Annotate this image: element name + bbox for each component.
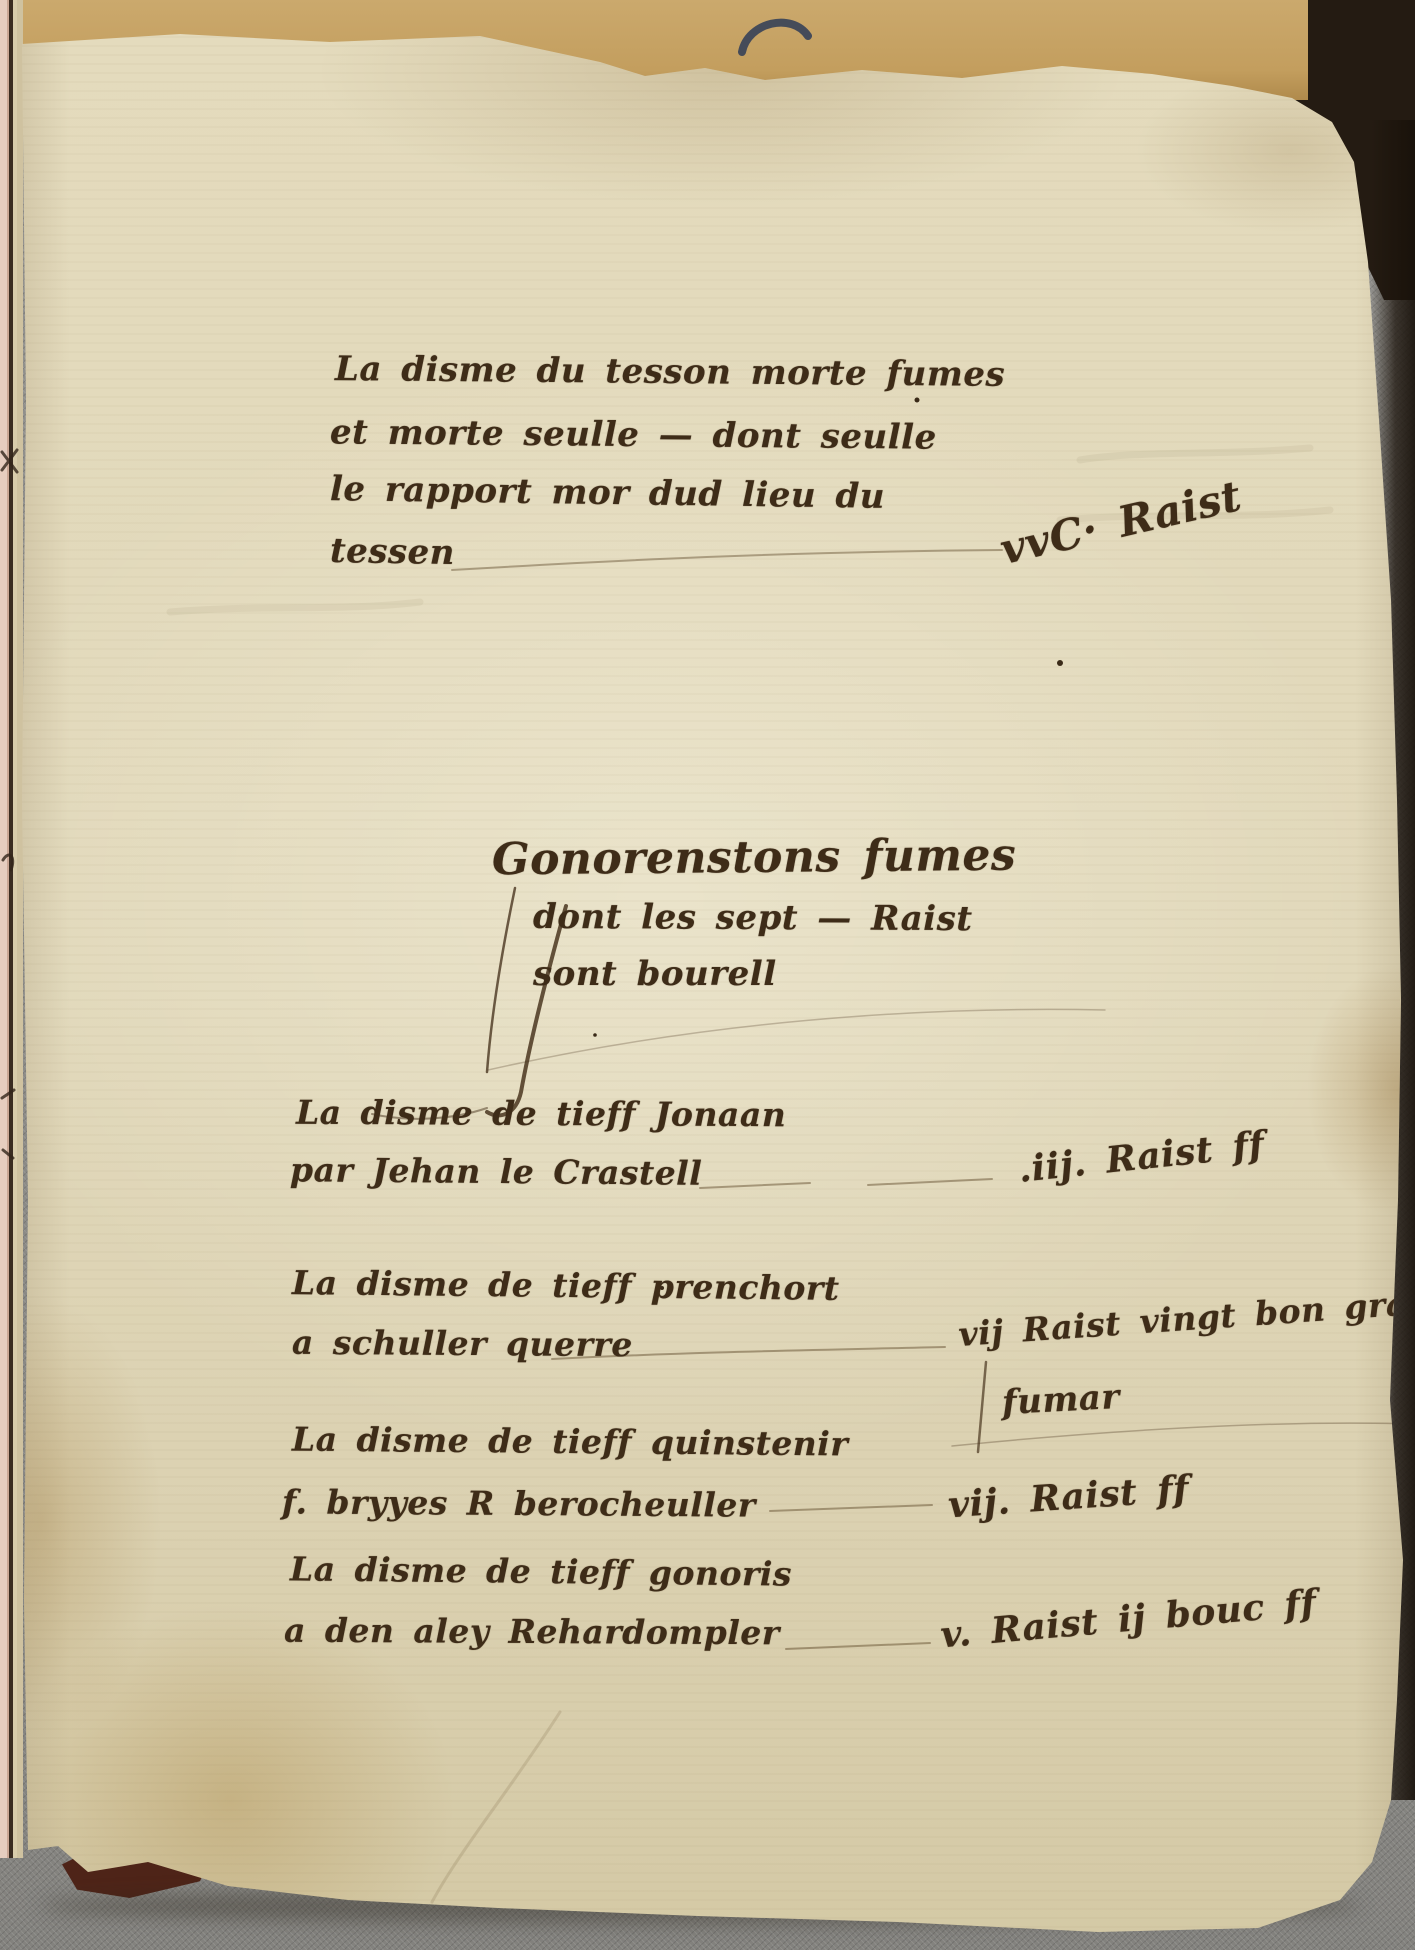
entry-line: La disme de tieff prenchort — [292, 1263, 840, 1308]
entry-line: La disme de tieff quinstenir — [292, 1420, 849, 1464]
entry-line: La disme de tieff gonoris — [290, 1549, 792, 1593]
heading-line: sont bourell — [533, 954, 777, 994]
entry-line: La disme de tieff Jonaan — [296, 1093, 786, 1135]
opening-line: et morte seulle — dont seulle — [330, 412, 937, 457]
opening-line: La disme du tesson morte fumes — [335, 349, 1005, 395]
heading-line: Gonorenstons fumes — [492, 830, 1017, 886]
binding-page-edges — [0, 0, 23, 1858]
entry-line: a den aley Rehardompler — [284, 1611, 780, 1653]
opening-line: tessen — [330, 531, 456, 573]
heading-line: dont les sept — Raist — [533, 897, 973, 939]
manuscript-page: La disme du tesson morte fumes et morte … — [0, 0, 1415, 1950]
entry-amount-secondary: fumar — [1001, 1377, 1121, 1423]
manuscript-photo-scene: La disme du tesson morte fumes et morte … — [0, 0, 1415, 1950]
entry-line: a schuller querre — [292, 1323, 633, 1364]
entry-line: par Jehan le Crastell — [290, 1150, 703, 1193]
entry-line: f. bryyes R berocheuller — [282, 1482, 756, 1524]
opening-line: le rapport mor dud lieu du — [330, 469, 886, 517]
